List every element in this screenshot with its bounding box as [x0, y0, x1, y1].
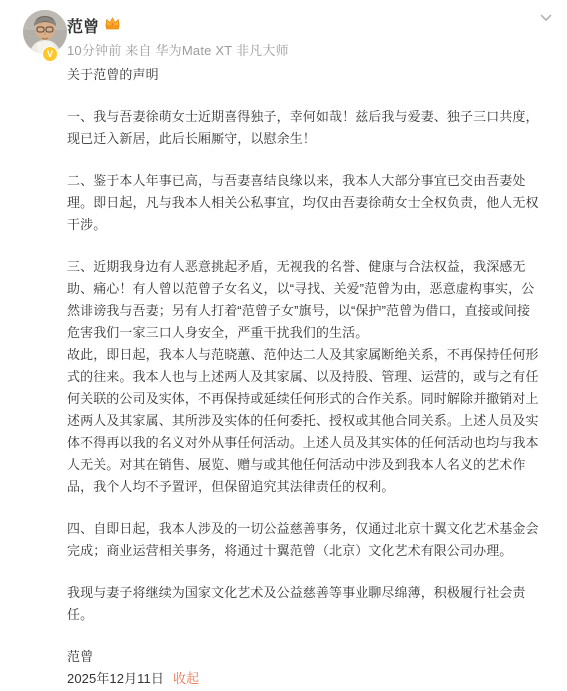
avatar[interactable]: V — [23, 10, 67, 54]
statement-paragraph-3: 三、近期我身边有人恶意挑起矛盾，无视我的名誉、健康与合法权益，我深感无助、痛心！… — [67, 256, 541, 498]
post-timestamp-source: 10分钟前 来自 华为Mate XT 非凡大师 — [67, 40, 289, 59]
post-body: 关于范曾的声明 一、我与吾妻徐萌女士近期喜得独子，幸何如哉！兹后我与爱妻、独子三… — [67, 64, 541, 690]
statement-paragraph-4: 四、自即日起，我本人涉及的一切公益慈善事务，仅通过北京十翼文化艺术基金会完成；商… — [67, 518, 541, 562]
post-date: 2025年12月11日 — [67, 671, 164, 686]
collapse-link[interactable]: 收起 — [173, 671, 199, 686]
signature: 范曾 — [67, 646, 541, 668]
statement-title: 关于范曾的声明 — [67, 64, 541, 86]
statement-paragraph-5: 我现与妻子将继续为国家文化艺术及公益慈善等事业聊尽绵薄，积极履行社会责任。 — [67, 582, 541, 626]
chevron-down-icon[interactable] — [538, 10, 554, 26]
vip-crown-icon — [104, 16, 121, 36]
weibo-post: V 范曾 10分钟前 来自 华为Mate XT 非凡大师 关于范曾的声明 一、我… — [0, 0, 567, 691]
statement-paragraph-2: 二、鉴于本人年事已高，与吾妻喜结良缘以来，我本人大部分事宜已交由吾妻处理。即日起… — [67, 170, 541, 236]
statement-paragraph-1: 一、我与吾妻徐萌女士近期喜得独子，幸何如哉！兹后我与爱妻、独子三口共度，现已迁入… — [67, 106, 541, 150]
author-name[interactable]: 范曾 — [67, 14, 99, 37]
verified-v-badge-icon: V — [42, 46, 58, 62]
